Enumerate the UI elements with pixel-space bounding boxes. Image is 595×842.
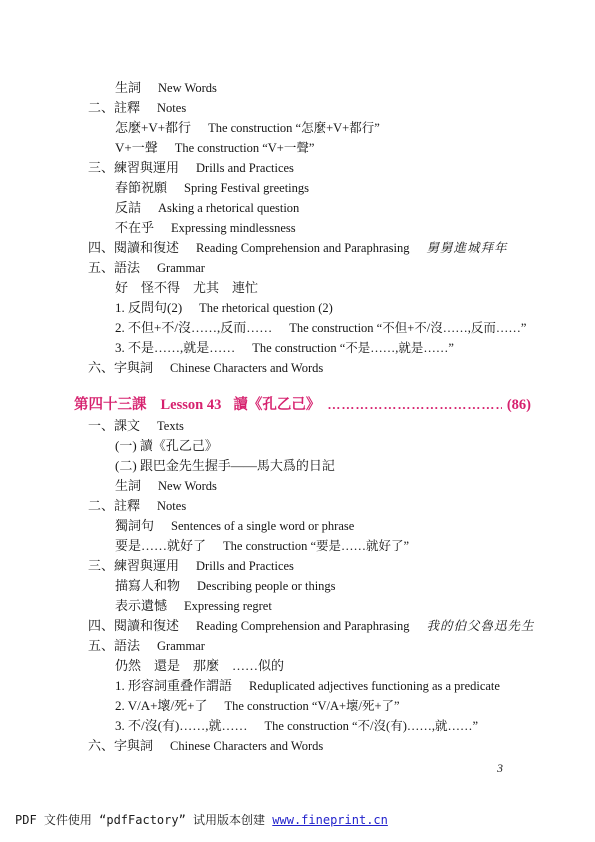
toc-line: 二、註釋Notes — [74, 98, 567, 118]
toc-line: 生詞New Words — [74, 476, 567, 496]
toc-translation: The construction “不/沒(有)……,就……” — [265, 719, 479, 733]
toc-term: 反詰 — [115, 200, 141, 215]
toc-translation: Expressing regret — [184, 599, 272, 613]
toc-translation: Grammar — [157, 261, 205, 275]
toc-translation: The construction “不但+不/沒……,反而……” — [289, 321, 526, 335]
toc-line: 1. 形容詞重叠作謂語Reduplicated adjectives funct… — [74, 676, 567, 696]
lesson-number-en: Lesson 43 — [161, 394, 222, 416]
toc-annotation: 舅舅進城拜年 — [427, 241, 508, 255]
toc-term: 三、練習與運用 — [88, 558, 179, 573]
document-page: 生詞New Words二、註釋Notes怎麼+V+都行The construct… — [0, 0, 595, 842]
toc-term: 1. 反問句(2) — [115, 300, 182, 315]
toc-term: 一、課文 — [88, 418, 140, 433]
toc-term: (一) 讀《孔乙己》 — [115, 438, 218, 453]
toc-term: 表示遺憾 — [115, 598, 167, 613]
toc-translation: Drills and Practices — [196, 161, 294, 175]
toc-translation: Grammar — [157, 639, 205, 653]
toc-translation: Reading Comprehension and Paraphrasing — [196, 241, 410, 255]
toc-term: 六、字與詞 — [88, 360, 153, 375]
toc-translation: Texts — [157, 419, 184, 433]
toc-term: 3. 不是……,就是…… — [115, 340, 235, 355]
toc-line: 獨詞句Sentences of a single word or phrase — [74, 516, 567, 536]
toc-line: 春節祝願Spring Festival greetings — [74, 178, 567, 198]
toc-translation: Spring Festival greetings — [184, 181, 309, 195]
toc-term: 怎麼+V+都行 — [115, 120, 191, 135]
toc-translation: The construction “要是……就好了” — [223, 539, 409, 553]
toc-line: 要是……就好了The construction “要是……就好了” — [74, 536, 567, 556]
toc-line: (一) 讀《孔乙己》 — [74, 436, 567, 456]
toc-term: 獨詞句 — [115, 518, 154, 533]
toc-line: 三、練習與運用Drills and Practices — [74, 556, 567, 576]
toc-term: (二) 跟巴金先生握手——馬大爲的日記 — [115, 458, 335, 473]
toc-line: 表示遺憾Expressing regret — [74, 596, 567, 616]
toc-term: 仍然 還是 那麼 ……似的 — [115, 658, 284, 673]
toc-line: V+一聲The construction “V+一聲” — [74, 138, 567, 158]
toc-term: 生詞 — [115, 478, 141, 493]
toc-line: 1. 反問句(2)The rhetorical question (2) — [74, 298, 567, 318]
toc-line: 3. 不是……,就是……The construction “不是……,就是……” — [74, 338, 567, 358]
toc-term: 六、字與詞 — [88, 738, 153, 753]
toc-line: 五、語法Grammar — [74, 636, 567, 656]
toc-translation: Reading Comprehension and Paraphrasing — [196, 619, 410, 633]
toc-line: 五、語法Grammar — [74, 258, 567, 278]
toc-translation: The construction “不是……,就是……” — [252, 341, 454, 355]
toc-translation: Drills and Practices — [196, 559, 294, 573]
lesson-heading: 第四十三課Lesson 43讀《孔乙己》……………………………………………………… — [74, 394, 567, 416]
toc-line: 三、練習與運用Drills and Practices — [74, 158, 567, 178]
toc-line: 二、註釋Notes — [74, 496, 567, 516]
toc-line: 2. V/A+壞/死+了The construction “V/A+壞/死+了” — [74, 696, 567, 716]
toc-line: 四、閱讀和復述Reading Comprehension and Paraphr… — [74, 616, 567, 636]
toc-translation: New Words — [158, 81, 217, 95]
toc-line: 好 怪不得 尤其 連忙 — [74, 278, 567, 298]
toc-term: 要是……就好了 — [115, 538, 206, 553]
toc-translation: Describing people or things — [197, 579, 336, 593]
toc-term: 二、註釋 — [88, 498, 140, 513]
toc-term: 2. V/A+壞/死+了 — [115, 698, 207, 713]
toc-line: 六、字與詞Chinese Characters and Words — [74, 736, 567, 756]
toc-term: 1. 形容詞重叠作謂語 — [115, 678, 232, 693]
toc-line: 描寫人和物Describing people or things — [74, 576, 567, 596]
toc-term: 四、閱讀和復述 — [88, 240, 179, 255]
toc-translation: Chinese Characters and Words — [170, 361, 323, 375]
page-number: 3 — [497, 761, 503, 776]
toc-line: 四、閱讀和復述Reading Comprehension and Paraphr… — [74, 238, 567, 258]
dots-leader: ……………………………………………………………………………… — [327, 394, 501, 416]
toc-term: 春節祝願 — [115, 180, 167, 195]
toc-line: 生詞New Words — [74, 78, 567, 98]
toc-line: 2. 不但+不/沒……,反而……The construction “不但+不/沒… — [74, 318, 567, 338]
toc-translation: Notes — [157, 499, 186, 513]
toc-term: 好 怪不得 尤其 連忙 — [115, 280, 258, 295]
toc-term: 二、註釋 — [88, 100, 140, 115]
toc-annotation: 我的伯父魯迅先生 — [427, 619, 535, 633]
watermark-text: PDF 文件使用 “pdfFactory” 试用版本创建 — [15, 813, 265, 827]
toc-term: 2. 不但+不/沒……,反而…… — [115, 320, 272, 335]
toc-term: 五、語法 — [88, 260, 140, 275]
toc-line: 六、字與詞Chinese Characters and Words — [74, 358, 567, 378]
toc-line: 一、課文Texts — [74, 416, 567, 436]
toc-translation: The construction “怎麼+V+都行” — [208, 121, 380, 135]
toc-line: 反詰Asking a rhetorical question — [74, 198, 567, 218]
toc-term: 不在乎 — [115, 220, 154, 235]
toc-line: 仍然 還是 那麼 ……似的 — [74, 656, 567, 676]
toc-translation: The construction “V/A+壞/死+了” — [224, 699, 399, 713]
lesson-title: 讀《孔乙己》 — [233, 394, 320, 416]
toc-term: 生詞 — [115, 80, 141, 95]
toc-translation: Sentences of a single word or phrase — [171, 519, 354, 533]
lesson-page-ref: (86) — [507, 394, 531, 416]
toc-term: 三、練習與運用 — [88, 160, 179, 175]
lesson-number-cn: 第四十三課 — [74, 394, 147, 416]
toc-term: V+一聲 — [115, 140, 158, 155]
toc-translation: Asking a rhetorical question — [158, 201, 299, 215]
pdf-watermark: PDF 文件使用 “pdfFactory” 试用版本创建 www.finepri… — [15, 812, 388, 829]
toc-term: 四、閱讀和復述 — [88, 618, 179, 633]
toc-line: 3. 不/沒(有)……,就……The construction “不/沒(有)…… — [74, 716, 567, 736]
toc-translation: Reduplicated adjectives functioning as a… — [249, 679, 500, 693]
fineprint-link[interactable]: www.fineprint.cn — [272, 813, 388, 827]
toc-line: 怎麼+V+都行The construction “怎麼+V+都行” — [74, 118, 567, 138]
toc-translation: Notes — [157, 101, 186, 115]
toc-translation: The rhetorical question (2) — [199, 301, 333, 315]
toc-term: 3. 不/沒(有)……,就…… — [115, 718, 248, 733]
toc-translation: Chinese Characters and Words — [170, 739, 323, 753]
toc-line: 不在乎Expressing mindlessness — [74, 218, 567, 238]
toc-translation: The construction “V+一聲” — [175, 141, 315, 155]
toc-term: 五、語法 — [88, 638, 140, 653]
toc-translation: Expressing mindlessness — [171, 221, 296, 235]
toc-translation: New Words — [158, 479, 217, 493]
toc-term: 描寫人和物 — [115, 578, 180, 593]
toc: 生詞New Words二、註釋Notes怎麼+V+都行The construct… — [74, 0, 567, 756]
toc-line: (二) 跟巴金先生握手——馬大爲的日記 — [74, 456, 567, 476]
